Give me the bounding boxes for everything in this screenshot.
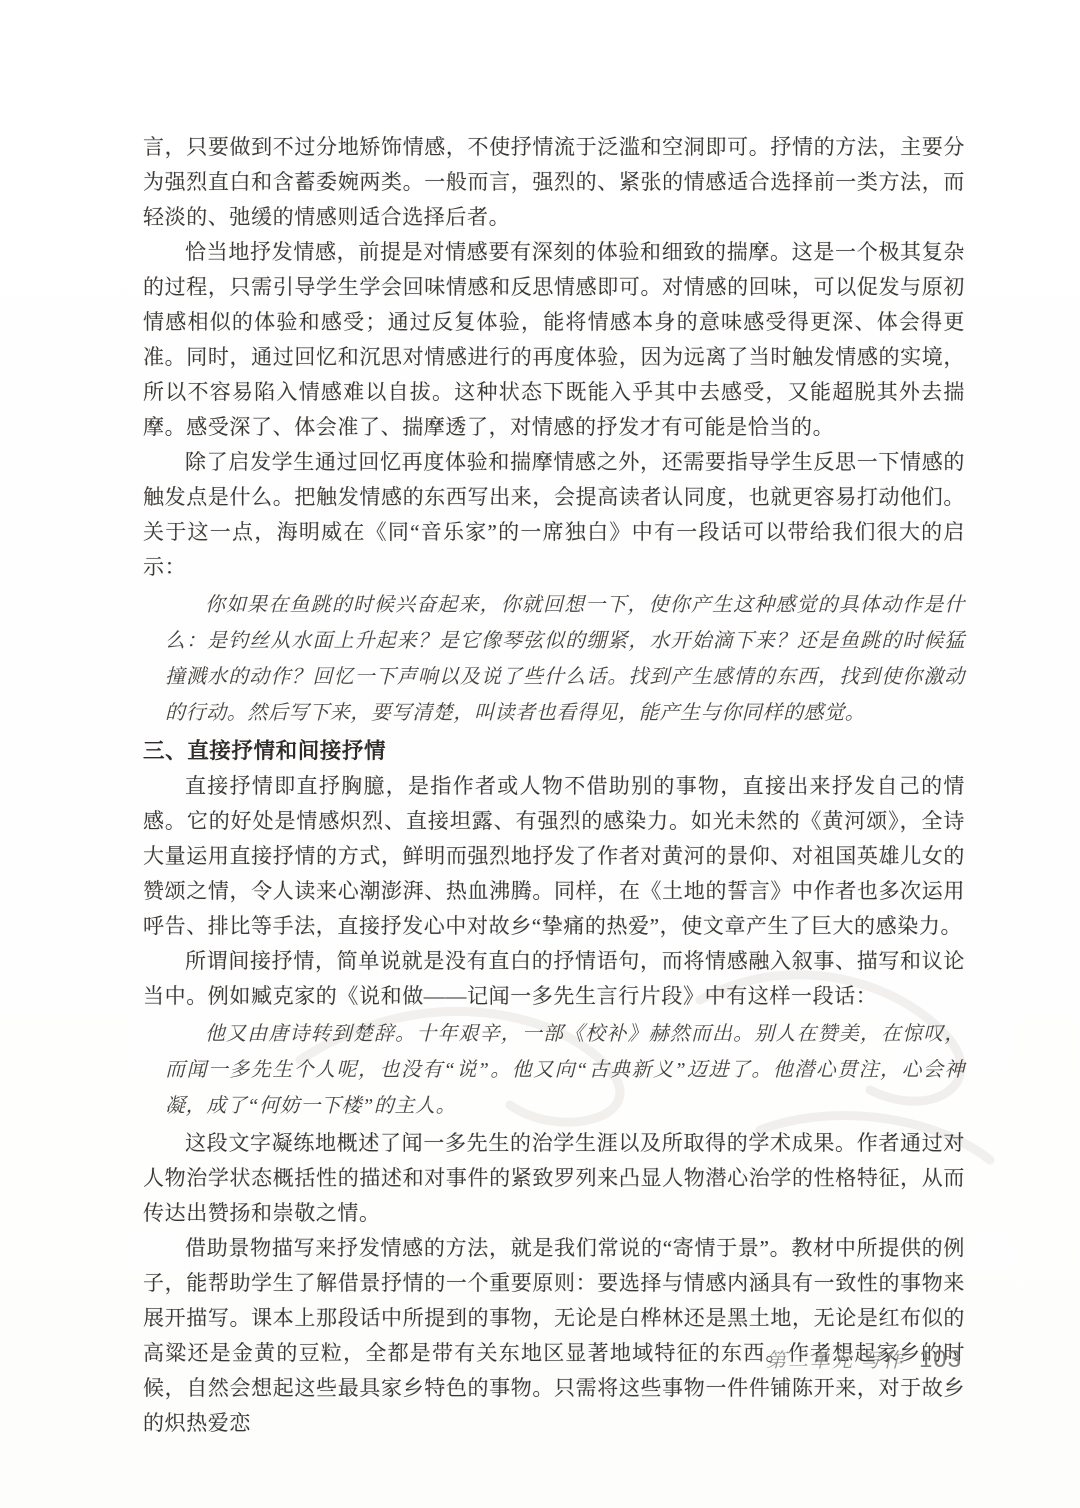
page-footer: 第二单元 写作 103 [766, 1344, 962, 1374]
footer-page-number: 103 [919, 1346, 962, 1374]
paragraph: 除了启发学生通过回忆再度体验和揣摩情感之外，还需要指导学生反思一下情感的触发点是… [143, 445, 965, 585]
document-page: 言，只要做到不过分地矫饰情感，不使抒情流于泛滥和空洞即可。抒情的方法，主要分为强… [0, 0, 1080, 1508]
paragraph: 这段文字凝练地概述了闻一多先生的治学生涯以及所取得的学术成果。作者通过对人物治学… [143, 1126, 965, 1231]
section-heading: 三、直接抒情和间接抒情 [143, 733, 965, 769]
footer-section-label: 第二单元 写作 [766, 1344, 905, 1373]
paragraph: 直接抒情即直抒胸臆，是指作者或人物不借助别的事物，直接出来抒发自己的情感。它的好… [143, 769, 965, 944]
paragraph: 借助景物描写来抒发情感的方法，就是我们常说的“寄情于景”。教材中所提供的例子，能… [143, 1231, 965, 1441]
paragraph: 所谓间接抒情，简单说就是没有直白的抒情语句，而将情感融入叙事、描写和议论当中。例… [143, 944, 965, 1014]
paragraph: 言，只要做到不过分地矫饰情感，不使抒情流于泛滥和空洞即可。抒情的方法，主要分为强… [143, 130, 965, 235]
block-quote-wenyiduo: 他又由唐诗转到楚辞。十年艰辛，一部《校补》赫然而出。别人在赞美，在惊叹，而闻一多… [165, 1016, 965, 1124]
page-body: 言，只要做到不过分地矫饰情感，不使抒情流于泛滥和空洞即可。抒情的方法，主要分为强… [143, 130, 965, 1441]
block-quote-hemingway: 你如果在鱼跳的时候兴奋起来，你就回想一下，使你产生这种感觉的具体动作是什么：是钓… [165, 587, 965, 731]
paragraph: 恰当地抒发情感，前提是对情感要有深刻的体验和细致的揣摩。这是一个极其复杂的过程，… [143, 235, 965, 445]
